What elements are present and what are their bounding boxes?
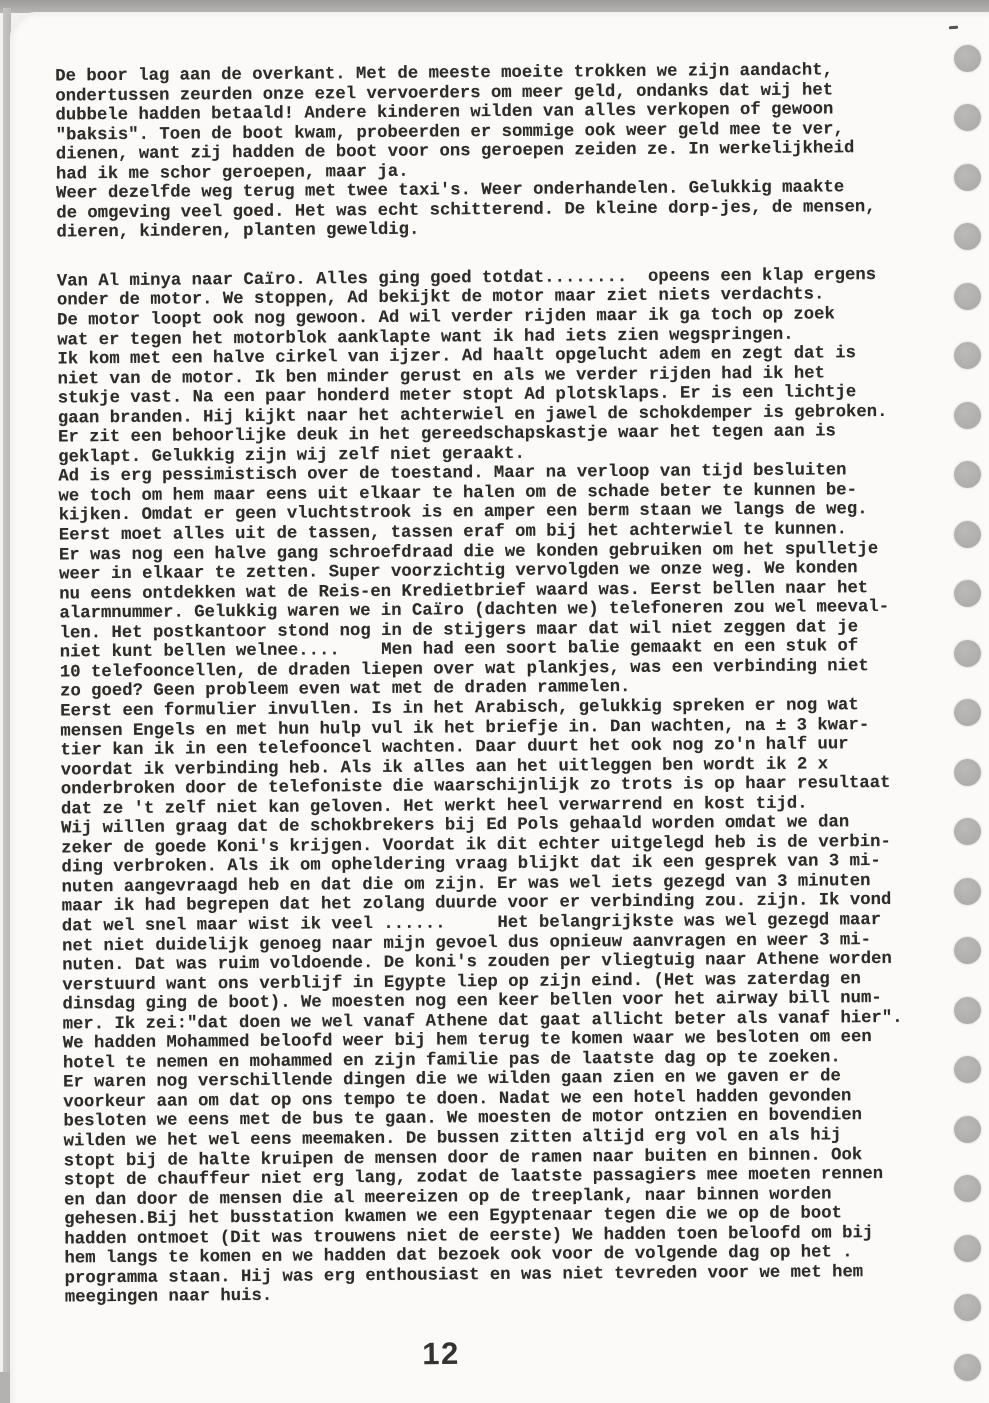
pen-dash-mark xyxy=(949,26,958,30)
punch-hole xyxy=(954,699,981,726)
punch-hole xyxy=(954,1294,981,1321)
punch-hole xyxy=(954,461,981,488)
punch-hole xyxy=(954,878,981,905)
typewritten-text-block: De boor lag aan de overkant. Met de mees… xyxy=(55,61,947,1309)
punch-hole xyxy=(954,342,981,369)
punch-hole xyxy=(954,223,981,250)
punch-hole xyxy=(954,1354,981,1381)
punch-hole xyxy=(954,937,981,964)
punch-hole xyxy=(954,1116,981,1143)
punch-hole xyxy=(954,640,981,667)
body-paragraph-1: De boor lag aan de overkant. Met de mees… xyxy=(55,61,938,244)
punch-hole xyxy=(954,759,981,786)
punch-hole xyxy=(954,45,981,72)
punch-hole xyxy=(954,1235,981,1262)
punch-hole xyxy=(954,164,981,191)
body-paragraph-2: Van Al minya naar Caïro. Alles ging goed… xyxy=(57,265,947,1308)
punch-hole xyxy=(954,402,981,429)
punch-hole xyxy=(954,521,981,548)
punch-hole xyxy=(954,997,981,1024)
punch-hole xyxy=(954,283,981,310)
punch-hole xyxy=(954,104,981,131)
page-number: 12 xyxy=(406,1336,476,1373)
punch-hole xyxy=(954,1175,981,1202)
punch-hole xyxy=(954,818,981,845)
punch-hole xyxy=(954,580,981,607)
punch-hole xyxy=(954,1056,981,1083)
